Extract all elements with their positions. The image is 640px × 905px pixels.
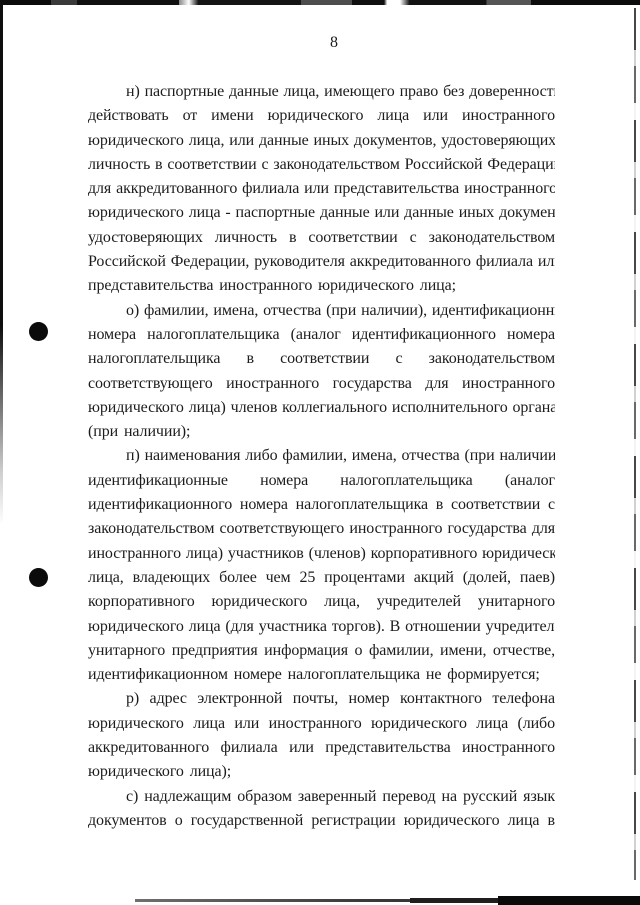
- text-line: представительства иностранного юридическ…: [88, 274, 555, 298]
- paragraph-n: н) паспортные данные лица, имеющего прав…: [88, 80, 555, 299]
- hole-punch-dot: [29, 568, 48, 587]
- scan-bottom-edge-artifact: [410, 898, 510, 903]
- text-line: идентификационного номера налогоплательщ…: [88, 493, 555, 517]
- paragraph-r: р) адрес электронной почты, номер контак…: [88, 687, 555, 784]
- hole-punch-dot: [29, 322, 48, 341]
- text-line: юридического лица);: [88, 760, 555, 784]
- text-line: иностранного лица) участников (членов) к…: [88, 542, 555, 566]
- text-line: о) фамилии, имена, отчества (при наличии…: [88, 299, 555, 323]
- text-line: с) надлежащим образом заверенный перевод…: [88, 785, 555, 809]
- text-line: аккредитованного филиала или представите…: [88, 736, 555, 760]
- document-text: н) паспортные данные лица, имеющего прав…: [88, 80, 555, 833]
- paragraph-o: о) фамилии, имена, отчества (при наличии…: [88, 299, 555, 445]
- text-line: законодательством соответствующего иност…: [88, 517, 555, 541]
- text-line: п) наименования либо фамилии, имена, отч…: [88, 444, 555, 468]
- paragraph-s: с) надлежащим образом заверенный перевод…: [88, 785, 555, 834]
- text-line: н) паспортные данные лица, имеющего прав…: [88, 80, 555, 104]
- text-line: документов о государственной регистрации…: [88, 809, 555, 833]
- text-line: юридического лица (для участника торгов)…: [88, 615, 555, 639]
- text-line: Российской Федерации, руководителя аккре…: [88, 250, 555, 274]
- text-line: лица, владеющих более чем 25 процентами …: [88, 566, 555, 590]
- page-number: 8: [88, 34, 580, 52]
- text-line: юридического лица - паспортные данные ил…: [88, 201, 555, 225]
- text-line: юридического лица, или данные иных докум…: [88, 129, 555, 153]
- scan-right-edge-artifact: [634, 8, 636, 880]
- text-line: соответствующего иностранного государств…: [88, 372, 555, 396]
- text-line: р) адрес электронной почты, номер контак…: [88, 687, 555, 711]
- text-line: юридического лица или иностранного юриди…: [88, 712, 555, 736]
- text-line: действовать от имени юридического лица и…: [88, 104, 555, 128]
- text-line: налогоплательщика в соответствии с закон…: [88, 347, 555, 371]
- paragraph-p: п) наименования либо фамилии, имена, отч…: [88, 444, 555, 687]
- text-line: номера налогоплательщика (аналог идентиф…: [88, 323, 555, 347]
- text-line: удостоверяющих личность в соответствии с…: [88, 226, 555, 250]
- text-line: личность в соответствии с законодательст…: [88, 153, 555, 177]
- text-line: корпоративного юридического лица, учреди…: [88, 590, 555, 614]
- scan-bottom-edge-artifact: [498, 896, 640, 905]
- text-line: идентификационном номере налогоплательщи…: [88, 663, 555, 687]
- text-line: унитарного предприятия информация о фами…: [88, 639, 555, 663]
- text-line: юридического лица) членов коллегиального…: [88, 396, 555, 420]
- text-line: для аккредитованного филиала или предста…: [88, 177, 555, 201]
- scanned-document-page: 8 н) паспортные данные лица, имеющего пр…: [0, 0, 640, 905]
- scan-top-edge-artifact: [0, 0, 640, 5]
- text-line: идентификационные номера налогоплательщи…: [88, 469, 555, 493]
- text-line: (при наличии);: [88, 420, 555, 444]
- scan-left-edge-artifact: [0, 0, 3, 525]
